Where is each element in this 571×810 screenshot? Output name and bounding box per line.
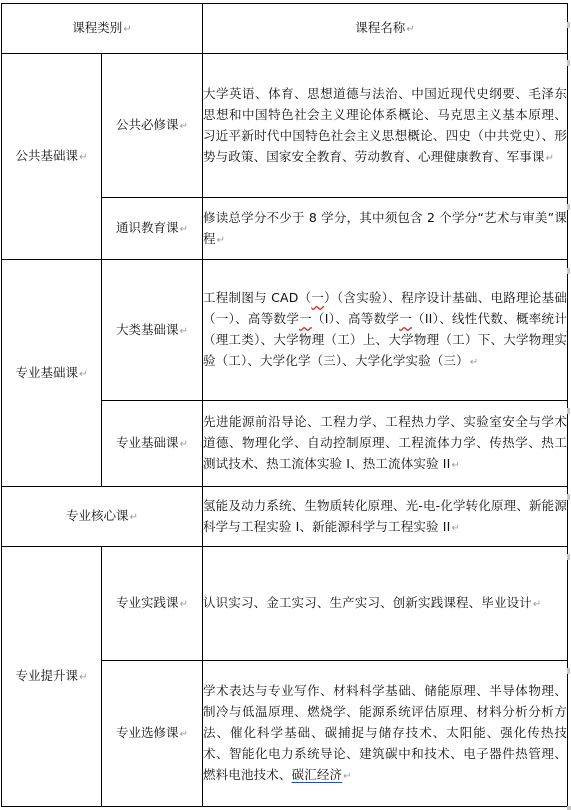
spellcheck-mark: 一	[299, 311, 312, 326]
subcategory-broad-foundation: 大类基础课↵	[102, 260, 203, 401]
header-course-category: 课程类别↵	[2, 4, 203, 54]
curriculum-table: 课程类别↵ 课程名称↵ 公共基础课↵ 公共必修课↵ 大学英语、体育、思想道德与法…	[1, 3, 568, 807]
paragraph-mark-icon: ↵	[130, 512, 138, 523]
courses-public-required: 大学英语、体育、思想道德与法治、中国近现代史纲要、毛泽东思想和中国特色社会主义理…	[203, 54, 568, 198]
paragraph-mark-icon: ↵	[180, 729, 188, 740]
header-row: 课程类别↵ 课程名称↵	[2, 4, 568, 54]
category-professional-advancement: 专业提升课↵	[2, 547, 102, 807]
courses-practice: 认识实习、金工实习、生产实习、创新实践课程、毕业设计↵	[203, 547, 568, 661]
paragraph-mark-icon: ↵	[217, 235, 226, 246]
category-professional-core: 专业核心课↵	[2, 487, 203, 547]
courses-major-foundation: 先进能源前沿导论、工程力学、工程热力学、实验室安全与学术道德、物理化学、自动控制…	[203, 401, 568, 487]
paragraph-mark-icon: ↵	[180, 439, 188, 450]
category-professional-foundation: 专业基础课↵	[2, 260, 102, 487]
row-end-mark	[567, 60, 570, 66]
subcategory-practice: 专业实践课↵	[102, 547, 203, 661]
table-row: 专业提升课↵ 专业实践课↵ 认识实习、金工实习、生产实习、创新实践课程、毕业设计…	[2, 547, 568, 661]
paragraph-mark-icon: ↵	[180, 326, 188, 337]
spellcheck-mark: 一	[399, 311, 412, 326]
row-end-mark	[567, 268, 570, 274]
courses-professional-core: 氢能及动力系统、生物质转化原理、光-电-化学转化原理、新能源科学与工程实验 I、…	[203, 487, 568, 547]
paragraph-mark-icon: ↵	[343, 771, 352, 782]
paragraph-mark-icon: ↵	[180, 599, 188, 610]
table-resize-handle[interactable]	[567, 806, 571, 810]
row-end-mark	[567, 668, 570, 674]
spellcheck-mark: 一	[311, 290, 324, 305]
paragraph-mark-icon: ↵	[79, 369, 87, 380]
row-end-mark	[567, 204, 570, 210]
row-end-mark	[567, 494, 570, 500]
courses-general-education: 修读总学分不少于 8 学分，其中须包含 2 个学分“艺术与审美”课程↵	[203, 198, 568, 260]
courses-broad-foundation: 工程制图与 CAD（一）（含实验）、程序设计基础、电路理论基础（一）、高等数学一…	[203, 260, 568, 401]
table-row: 专业核心课↵ 氢能及动力系统、生物质转化原理、光-电-化学转化原理、新能源科学与…	[2, 487, 568, 547]
subcategory-electives: 专业选修课↵	[102, 661, 203, 807]
paragraph-mark-icon: ↵	[546, 153, 555, 164]
paragraph-mark-icon: ↵	[180, 121, 188, 132]
courses-electives: 学术表达与专业写作、材料科学基础、储能原理、半导体物理、制冷与低温原理、燃烧学、…	[203, 661, 568, 807]
paragraph-mark-icon: ↵	[451, 460, 460, 471]
paragraph-mark-icon: ↵	[406, 24, 414, 35]
table-row: 公共基础课↵ 公共必修课↵ 大学英语、体育、思想道德与法治、中国近现代史纲要、毛…	[2, 54, 568, 198]
paragraph-mark-icon: ↵	[79, 152, 87, 163]
header-course-names: 课程名称↵	[203, 4, 568, 54]
paragraph-mark-icon: ↵	[180, 224, 188, 235]
subcategory-major-foundation: 专业基础课↵	[102, 401, 203, 487]
paragraph-mark-icon: ↵	[451, 523, 460, 534]
paragraph-mark-icon: ↵	[470, 357, 479, 368]
underlined-course: 碳汇经济	[292, 767, 343, 782]
subcategory-general-education: 通识教育课↵	[102, 198, 203, 260]
table-row: 专业基础课↵ 大类基础课↵ 工程制图与 CAD（一）（含实验）、程序设计基础、电…	[2, 260, 568, 401]
paragraph-mark-icon: ↵	[79, 672, 87, 683]
subcategory-public-required: 公共必修课↵	[102, 54, 203, 198]
row-end-mark	[567, 554, 570, 560]
paragraph-mark-icon: ↵	[123, 24, 131, 35]
category-public-foundation: 公共基础课↵	[2, 54, 102, 260]
row-end-mark	[567, 22, 570, 28]
paragraph-mark-icon: ↵	[533, 599, 542, 610]
row-end-mark	[567, 408, 570, 414]
